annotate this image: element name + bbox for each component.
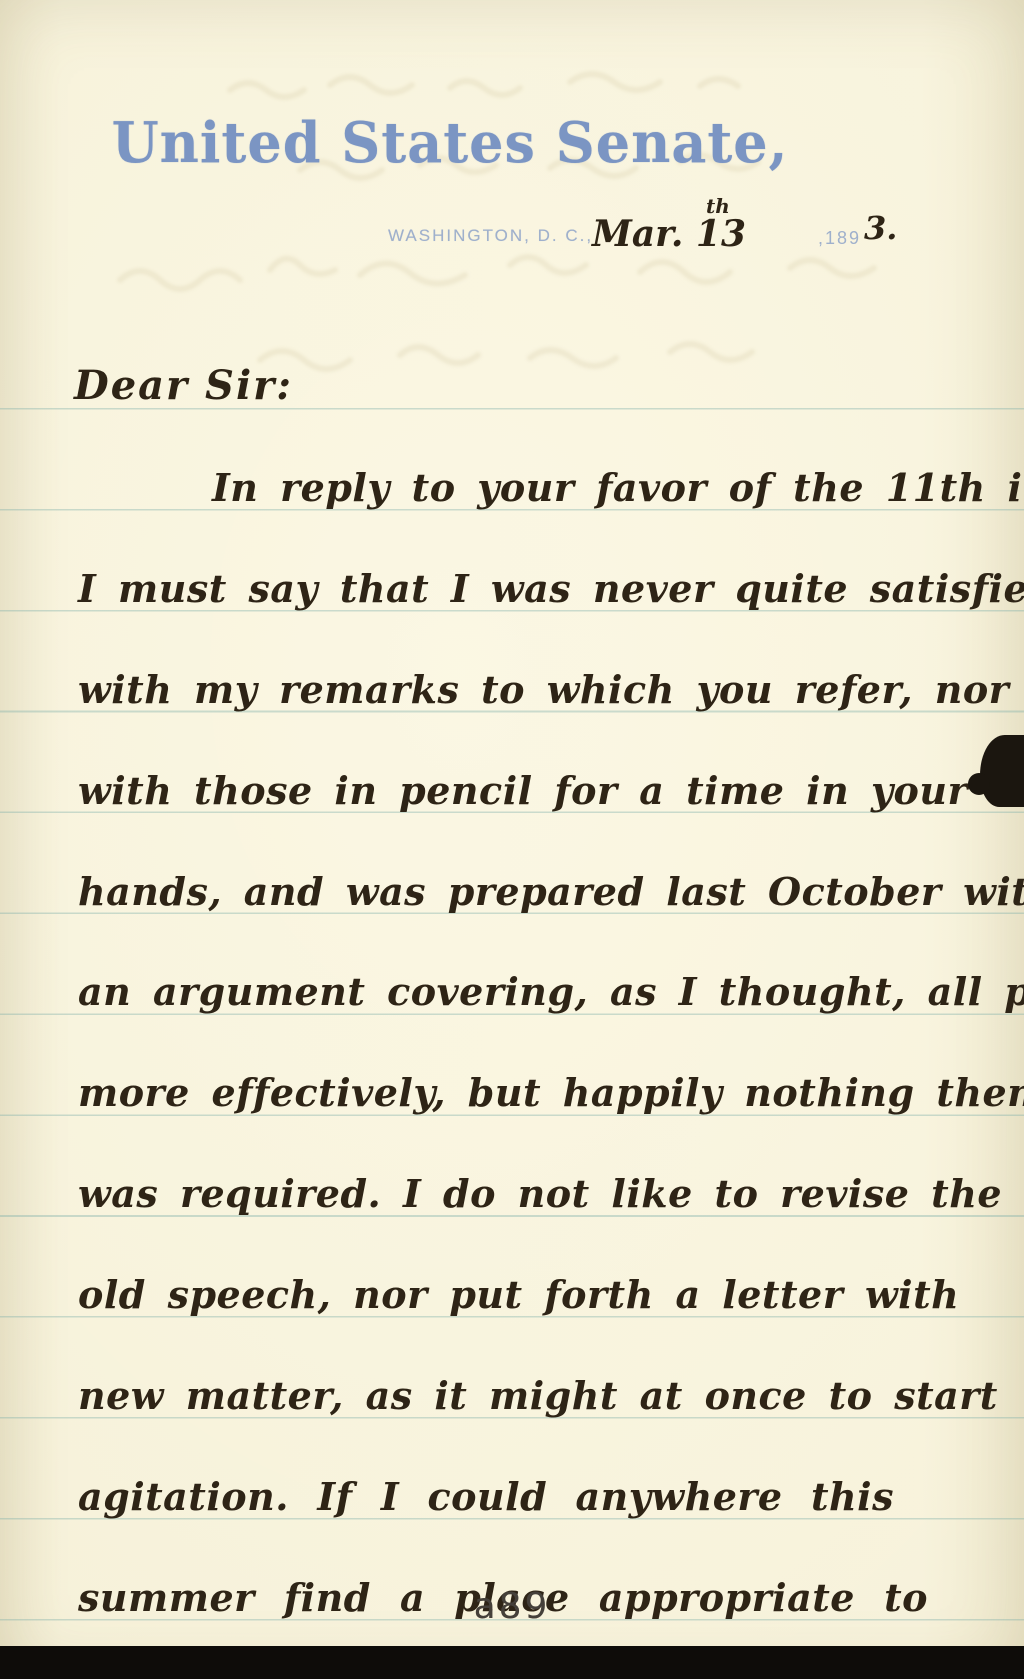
handwritten-line: agitation. If I could anywhere this [78, 1478, 894, 1516]
handwritten-line: old speech, nor put forth a letter with [78, 1276, 940, 1314]
handwritten-line: new matter, as it might at once to start [78, 1377, 940, 1415]
scan-edge-bar [0, 1646, 1024, 1679]
handwritten-date: Mar. 13 [592, 216, 746, 252]
letterhead-title: United States Senate, [110, 109, 790, 176]
page-number: a89 [0, 1586, 1024, 1627]
handwritten-line: hands, and was prepared last October wit… [78, 873, 940, 911]
handwritten-line: with those in pencil for a time in your [78, 772, 940, 810]
letter-page: United States Senate, WASHINGTON, D. C.,… [0, 0, 1024, 1679]
handwritten-line: In reply to your favor of the 11th inst. [212, 469, 940, 507]
letterhead-place-line: WASHINGTON, D. C., [388, 226, 593, 246]
handwritten-line: was required. I do not like to revise th… [78, 1175, 940, 1213]
printed-year-prefix: ,189 [818, 228, 861, 249]
ink-blot [980, 735, 1024, 807]
handwritten-line: an argument covering, as I thought, all … [78, 973, 940, 1011]
handwritten-line: with my remarks to which you refer, nor [78, 671, 940, 709]
handwritten-line: more effectively, but happily nothing th… [78, 1074, 940, 1112]
handwritten-line: I must say that I was never quite satisf… [78, 570, 940, 608]
handwritten-year-digit: 3. [864, 212, 897, 244]
handwritten-date-superscript: th [706, 196, 730, 216]
salutation: Dear Sir: [74, 366, 293, 406]
